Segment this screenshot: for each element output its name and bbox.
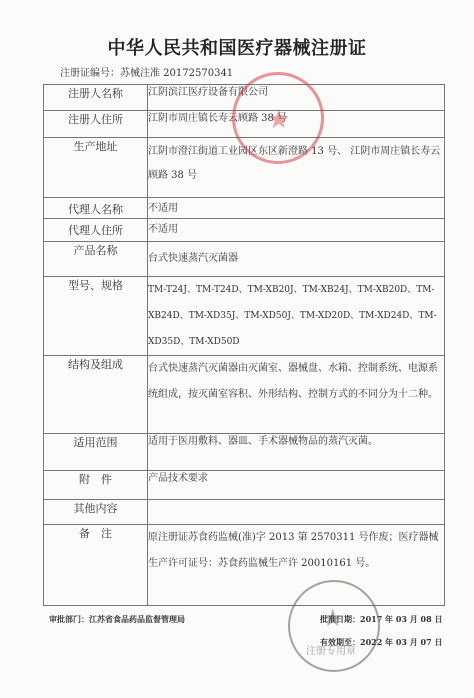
row-value [148, 500, 445, 525]
registration-number-label: 注册证编号： [60, 68, 120, 79]
approval-date: 批准日期：2017 年 03 月 08 日 [320, 614, 442, 625]
table-row: 型号、规格 TM-T24J、TM-T24D、TM-XB20J、TM-XB24J、… [44, 277, 445, 356]
table-row: 代理人名称 不适用 [44, 198, 445, 219]
row-label: 型号、规格 [44, 277, 148, 356]
row-label: 结构及组成 [44, 356, 148, 434]
row-value: 产品技术要求 [148, 471, 445, 500]
table-row: 代理人住所 不适用 [44, 219, 445, 242]
certificate-table: 注册人名称 江阴滨江医疗设备有限公司 注册人住所 江阴市周庄镇长寿云顾路 38 … [43, 84, 445, 606]
row-value: 江阴市澄江街道工业园区东区新澄路 13 号、 江阴市周庄镇长寿云顾路 38 号 [148, 138, 445, 198]
table-row: 适用范围 适用于医用敷料、器皿、手术器械物品的蒸汽灭菌。 [44, 434, 445, 471]
row-label: 附 件 [44, 471, 148, 500]
table-row: 附 件 产品技术要求 [44, 471, 445, 500]
row-label: 生产地址 [44, 138, 148, 198]
table-row: 注册人住所 江阴市周庄镇长寿云顾路 38 号 [44, 111, 445, 138]
row-label: 代理人住所 [44, 219, 148, 242]
registration-number: 注册证编号：苏械注准 20172570341 [60, 64, 233, 79]
row-value: 原注册证苏食药监械(准)字 2013 第 2570311 号作废；医疗器械生产许… [148, 525, 445, 606]
table-row: 其他内容 [44, 500, 445, 525]
row-value: 不适用 [148, 219, 445, 242]
row-label: 备 注 [44, 525, 148, 606]
table-row: 注册人名称 江阴滨江医疗设备有限公司 [44, 85, 445, 111]
row-label: 适用范围 [44, 434, 148, 471]
approval-department: 审批部门：江苏省食品药品监督管理局 [49, 614, 185, 625]
certificate-title: 中华人民共和国医疗器械注册证 [0, 34, 474, 60]
registration-number-value: 苏械注准 20172570341 [120, 68, 233, 79]
row-value: 不适用 [148, 198, 445, 219]
table-row: 结构及组成 台式快速蒸汽灭菌器由灭菌室、器械盘、水箱、控制系统、电源系统组成，按… [44, 356, 445, 434]
row-value: 台式快速蒸汽灭菌器由灭菌室、器械盘、水箱、控制系统、电源系统组成，按灭菌室容积、… [148, 356, 445, 434]
table-row: 产品名称 台式快速蒸汽灭菌器 [44, 242, 445, 277]
row-value: 台式快速蒸汽灭菌器 [148, 242, 445, 277]
row-value: 江阴市周庄镇长寿云顾路 38 号 [148, 111, 445, 138]
row-label: 其他内容 [44, 500, 148, 525]
row-label: 代理人名称 [44, 198, 148, 219]
row-value: 适用于医用敷料、器皿、手术器械物品的蒸汽灭菌。 [148, 434, 445, 471]
row-label: 注册人住所 [44, 111, 148, 138]
row-value: 江阴滨江医疗设备有限公司 [148, 85, 445, 111]
row-label: 注册人名称 [44, 85, 148, 111]
row-label: 产品名称 [44, 242, 148, 277]
table-row: 生产地址 江阴市澄江街道工业园区东区新澄路 13 号、 江阴市周庄镇长寿云顾路 … [44, 138, 445, 198]
table-row: 备 注 原注册证苏食药监械(准)字 2013 第 2570311 号作废；医疗器… [44, 525, 445, 606]
valid-until-date: 有效期至：2022 年 03 月 07 日 [320, 637, 442, 648]
row-value: TM-T24J、TM-T24D、TM-XB20J、TM-XB24J、TM-XB2… [148, 277, 445, 356]
